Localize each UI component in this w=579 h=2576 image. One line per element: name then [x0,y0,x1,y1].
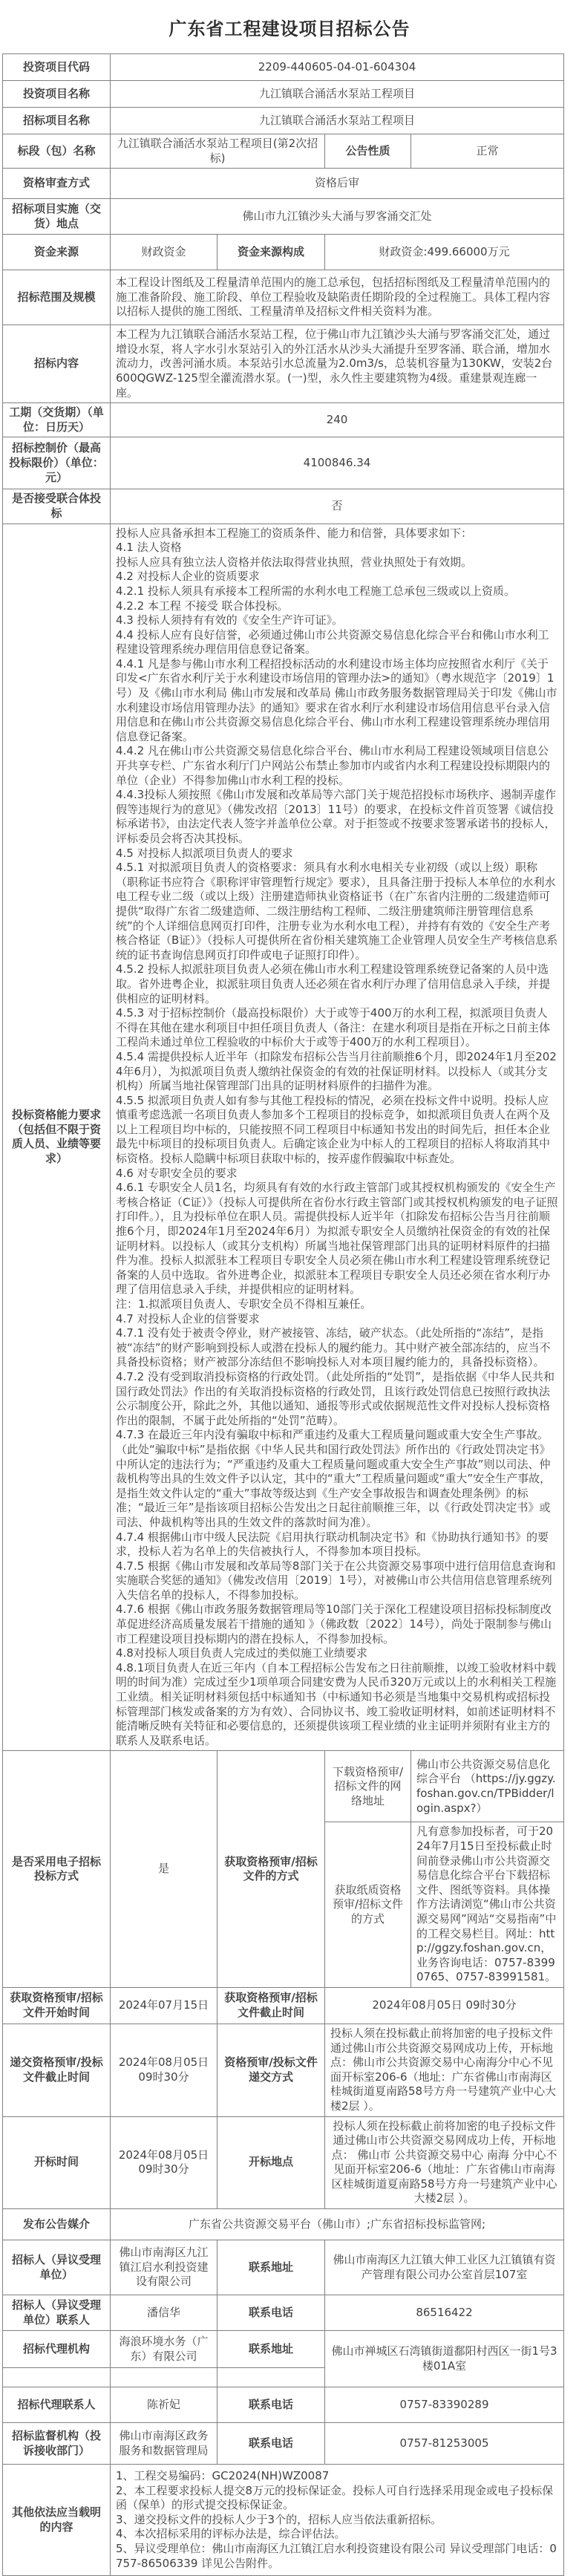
qualification-review-value: 资格后审 [111,169,564,199]
paper-documents-value: 凡有意参加投标者，可于2024年7月15日至投标截止时间前登录佛山市公共资源交易… [411,1822,564,1988]
fund-source-value: 财政资金 [111,235,217,270]
agency-contact-value: 陈祈妃 [111,2387,217,2423]
investment-project-name-label: 投资项目名称 [3,81,111,108]
supervision-phone-value: 0757-81253005 [325,2423,564,2465]
announcement-page: 广东省工程建设项目招标公告 投资项目代码 2209-440605-04-01-6… [0,0,579,2576]
tenderer-phone-value: 86516422 [325,2295,564,2331]
other-content-value: 1、工程交易编码：GC2024(NH)WZ0087 2、本工程要求投标人提交8万… [111,2465,564,2576]
obtain-start-label: 获取资格预审/招标文件开始时间 [3,1987,111,2024]
tender-content-label: 招标内容 [3,325,111,403]
agency-address-label: 联系地址 [217,2331,325,2368]
tender-scope-value: 本工程设计图纸及工程量清单范围内的施工总承包，包括招标图纸及工程量清单范围内的施… [111,270,564,325]
download-url-label: 下载资格预审/招标文件的网络地址 [325,1751,411,1822]
row-agency: 招标代理机构 海浪环境水务（广东）有限公司 联系地址 佛山市禅城区石湾镇街道鄱阳… [3,2331,564,2368]
fund-composition-value: 财政资金:499.66000万元 [325,235,564,270]
section-name-value: 九江镇联合涌活水泵站工程项目(第2次招标) [111,134,325,169]
announcement-table: 投资项目代码 2209-440605-04-01-604304 投资项目名称 九… [2,53,564,2576]
spacer-cell [3,2368,111,2387]
announcement-media-label: 发布公告媒介 [3,2209,111,2240]
submission-method-label: 资格预审/投标文件递交方式 [217,2024,325,2116]
tender-content-value: 本工程为九江镇联合涌活水泵站工程，位于佛山市九江镇沙头大涌与罗客涌交汇处，通过增… [111,325,564,403]
row-electronic-bidding: 是否采用电子招标投标方式 是 获取资格预审/招标文件的方式 下载资格预审/招标文… [3,1751,564,1822]
row-control-price: 招标控制价（最高投标限价）（单位：元） 4100846.34 [3,437,564,489]
bidder-qualification-value: 投标人应具备承担本工程施工的资质条件、能力和信誉，具体要求如下： 4.1 法人资… [111,524,564,1751]
agency-phone-value: 0757-83390289 [325,2387,564,2423]
bid-opening-time-label: 开标时间 [3,2116,111,2209]
row-duration: 工期（交货期）（单位：日历天） 240 [3,403,564,437]
row-consortium: 是否接受联合体投标 否 [3,489,564,524]
agency-address-value: 佛山市禅城区石湾镇街道鄱阳村西区一街1号3楼01A室 [325,2331,564,2387]
obtain-deadline-label: 获取资格预审/招标文件截止时间 [217,1987,325,2024]
row-project-code: 投资项目代码 2209-440605-04-01-604304 [3,54,564,81]
agency-phone-label: 联系电话 [217,2387,325,2423]
row-agency-contact: 招标代理联系人 陈祈妃 联系电话 0757-83390289 [3,2387,564,2423]
project-location-label: 招标项目实施（交货）地点 [3,199,111,235]
tenderer-contact-value: 潘信华 [111,2295,217,2331]
tenderer-contact-label: 招标人（异议受理单位）联系人 [3,2295,111,2331]
submission-deadline-label: 递交资格预审/投标文件截止时间 [3,2024,111,2116]
row-tender-content: 招标内容 本工程为九江镇联合涌活水泵站工程，位于佛山市九江镇沙头大涌与罗客涌交汇… [3,325,564,403]
agency-value: 海浪环境水务（广东）有限公司 [111,2331,217,2368]
investment-project-name-value: 九江镇联合涌活水泵站工程项目 [111,81,564,108]
supervision-label: 招标监督机构（投诉接收部门） [3,2423,111,2465]
bid-opening-time-value: 2024年08月05日 09时30分 [111,2116,217,2209]
electronic-bidding-value: 是 [111,1751,217,1988]
agency-label: 招标代理机构 [3,2331,111,2368]
other-content-label: 其他依法应当载明的内容 [3,2465,111,2576]
supervision-phone-label: 联系电话 [217,2423,325,2465]
download-url-value: 佛山市公共资源交易信息化综合平台 （https://jy.ggzy.foshan… [411,1751,564,1822]
row-fund-source: 资金来源 财政资金 资金来源构成 财政资金:499.66000万元 [3,235,564,270]
row-section-name: 标段（包）名称 九江镇联合涌活水泵站工程项目(第2次招标) 公告性质 正常 [3,134,564,169]
consortium-label: 是否接受联合体投标 [3,489,111,524]
announcement-media-value: 广东省公共资源交易平台（佛山市）;广东省招标投标监管网; [111,2209,564,2240]
electronic-bidding-label: 是否采用电子招标投标方式 [3,1751,111,1988]
obtain-start-value: 2024年07月15日 [111,1987,217,2024]
row-project-location: 招标项目实施（交货）地点 佛山市九江镇沙头大涌与罗客涌交汇处 [3,199,564,235]
spacer-cell [217,2368,325,2387]
tenderer-label: 招标人（异议受理单位） [3,2240,111,2295]
tenderer-value: 佛山市南海区九江镇江启水利投资建设有限公司 [111,2240,217,2295]
control-price-value: 4100846.34 [111,437,564,489]
control-price-label: 招标控制价（最高投标限价）（单位：元） [3,437,111,489]
row-tenderer: 招标人（异议受理单位） 佛山市南海区九江镇江启水利投资建设有限公司 联系地址 佛… [3,2240,564,2295]
duration-label: 工期（交货期）（单位：日历天） [3,403,111,437]
project-location-value: 佛山市九江镇沙头大涌与罗客涌交汇处 [111,199,564,235]
tender-project-name-value: 九江镇联合涌活水泵站工程项目 [111,108,564,134]
obtain-deadline-value: 2024年08月05日 09时30分 [325,1987,564,2024]
supervision-value: 佛山市南海区政务服务和数据管理局 [111,2423,217,2465]
row-submission-deadline: 递交资格预审/投标文件截止时间 2024年08月05日 09时30分 资格预审/… [3,2024,564,2116]
page-title: 广东省工程建设项目招标公告 [0,0,579,53]
row-bidder-qualification: 投标资格能力要求（包括但不限于资质人员、业绩等要求） 投标人应具备承担本工程施工… [3,524,564,1751]
row-tender-scope: 招标范围及规模 本工程设计图纸及工程量清单范围内的施工总承包，包括招标图纸及工程… [3,270,564,325]
paper-documents-label: 获取纸质资格预审/招标文件的方式 [325,1822,411,1988]
duration-value: 240 [111,403,564,437]
agency-contact-label: 招标代理联系人 [3,2387,111,2423]
submission-method-value: 投标人须在投标截止前将加密的电子投标文件通过佛山市公共资源交易网成功上传，开标地… [325,2024,564,2116]
fund-composition-label: 资金来源构成 [217,235,325,270]
tender-project-name-label: 招标项目名称 [3,108,111,134]
row-bid-opening: 开标时间 2024年08月05日 09时30分 开标地点 投标人须在投标截止前将… [3,2116,564,2209]
row-other-content: 其他依法应当载明的内容 1、工程交易编码：GC2024(NH)WZ0087 2、… [3,2465,564,2576]
row-announcement-media: 发布公告媒介 广东省公共资源交易平台（佛山市）;广东省招标投标监管网; [3,2209,564,2240]
qualification-review-label: 资格审查方式 [3,169,111,199]
row-investment-project-name: 投资项目名称 九江镇联合涌活水泵站工程项目 [3,81,564,108]
row-tenderer-contact: 招标人（异议受理单位）联系人 潘信华 联系电话 86516422 [3,2295,564,2331]
obtain-documents-method-label: 获取资格预审/招标文件的方式 [217,1751,325,1988]
row-supervision: 招标监督机构（投诉接收部门） 佛山市南海区政务服务和数据管理局 联系电话 075… [3,2423,564,2465]
project-code-label: 投资项目代码 [3,54,111,81]
project-code-value: 2209-440605-04-01-604304 [111,54,564,81]
bidder-qualification-label: 投标资格能力要求（包括但不限于资质人员、业绩等要求） [3,524,111,1751]
bid-opening-place-value: 投标人须在投标截止前将加密的电子投标文件通过佛山市公共资源交易网成功上传，开标地… [325,2116,564,2209]
notice-nature-label: 公告性质 [325,134,411,169]
spacer-cell [111,2368,217,2387]
notice-nature-value: 正常 [411,134,564,169]
tenderer-phone-label: 联系电话 [217,2295,325,2331]
bid-opening-place-label: 开标地点 [217,2116,325,2209]
section-name-label: 标段（包）名称 [3,134,111,169]
tenderer-address-value: 佛山市南海区九江镇大伸工业区九江镇镇有资产管理有限公司办公室首层107室 [325,2240,564,2295]
tender-scope-label: 招标范围及规模 [3,270,111,325]
tenderer-address-label: 联系地址 [217,2240,325,2295]
consortium-value: 否 [111,489,564,524]
row-obtain-time: 获取资格预审/招标文件开始时间 2024年07月15日 获取资格预审/招标文件截… [3,1987,564,2024]
submission-deadline-value: 2024年08月05日 09时30分 [111,2024,217,2116]
row-tender-project-name: 招标项目名称 九江镇联合涌活水泵站工程项目 [3,108,564,134]
fund-source-label: 资金来源 [3,235,111,270]
row-qualification-review: 资格审查方式 资格后审 [3,169,564,199]
